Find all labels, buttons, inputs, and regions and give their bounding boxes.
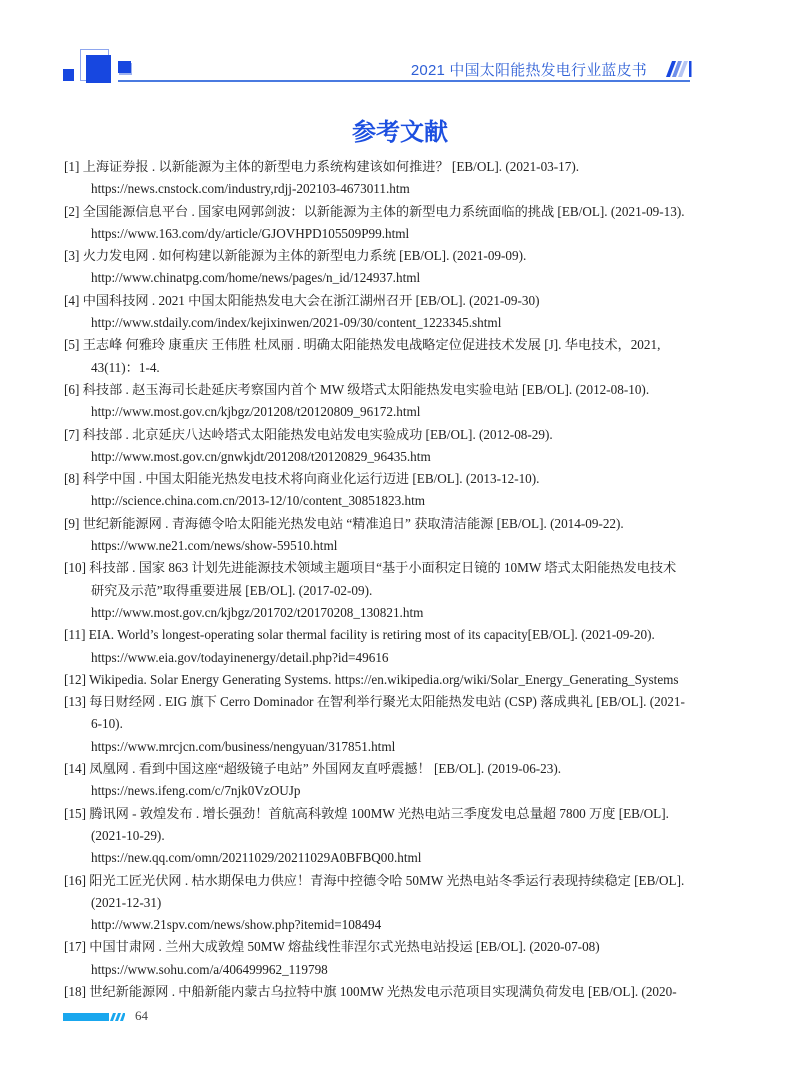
reference-item: [12] Wikipedia. Solar Energy Generating … (64, 669, 714, 691)
reference-number: [12] (64, 672, 86, 687)
reference-url: https://www.eia.gov/todayinenergy/detail… (64, 647, 714, 669)
reference-line-text: 王志峰 何雅玲 康重庆 王伟胜 杜凤丽 . 明确太阳能热发电战略定位促进技术发展… (83, 337, 661, 352)
reference-number: [8] (64, 471, 79, 486)
reference-line-text: 研究及示范”取得重要进展 [EB/OL]. (2017-02-09). (91, 583, 372, 598)
reference-line-text: 世纪新能源网 . 青海德令哈太阳能光热发电站 “精准追日” 获取清洁能源 [EB… (83, 516, 624, 531)
reference-item: [13] 每日财经网 . EIG 旗下 Cerro Dominador 在智利举… (64, 691, 714, 758)
reference-number: [10] (64, 560, 86, 575)
reference-number: [1] (64, 159, 79, 174)
reference-text: [1] 上海证券报 . 以新能源为主体的新型电力系统构建该如何推进？ [EB/O… (64, 156, 714, 178)
reference-text: [7] 科技部 . 北京延庆八达岭塔式太阳能热发电站发电实验成功 [EB/OL]… (64, 424, 714, 446)
reference-number: [17] (64, 939, 86, 954)
slashes-icon (662, 61, 692, 77)
reference-url: https://www.ne21.com/news/show-59510.htm… (64, 535, 714, 557)
reference-url: https://www.163.com/dy/article/GJOVHPD10… (64, 223, 714, 245)
reference-line-text: https://www.eia.gov/todayinenergy/detail… (91, 650, 389, 665)
reference-item: [14] 凤凰网 . 看到中国这座“超级镜子电站” 外国网友直呼震撼！ [EB/… (64, 758, 714, 803)
reference-line-text: 43(11)：1-4. (91, 360, 160, 375)
reference-line-text: http://www.chinatpg.com/home/news/pages/… (91, 270, 420, 285)
reference-item: [4] 中国科技网 . 2021 中国太阳能热发电大会在浙江湖州召开 [EB/O… (64, 290, 714, 335)
reference-line-text: 全国能源信息平台 . 国家电网郭剑波：以新能源为主体的新型电力系统面临的挑战 [… (83, 204, 685, 219)
reference-text-continued: 研究及示范”取得重要进展 [EB/OL]. (2017-02-09). (64, 580, 714, 602)
reference-url: https://new.qq.com/omn/20211029/20211029… (64, 847, 714, 869)
book-title: 2021 中国太阳能热发电行业蓝皮书 (411, 59, 647, 80)
reference-text: [2] 全国能源信息平台 . 国家电网郭剑波：以新能源为主体的新型电力系统面临的… (64, 201, 714, 223)
reference-number: [16] (64, 873, 86, 888)
reference-item: [2] 全国能源信息平台 . 国家电网郭剑波：以新能源为主体的新型电力系统面临的… (64, 201, 714, 246)
reference-text: [13] 每日财经网 . EIG 旗下 Cerro Dominador 在智利举… (64, 691, 714, 713)
header-square-small (63, 69, 74, 81)
reference-item: [10] 科技部 . 国家 863 计划先进能源技术领域主题项目“基于小面积定日… (64, 557, 714, 624)
reference-list: [1] 上海证券报 . 以新能源为主体的新型电力系统构建该如何推进？ [EB/O… (64, 156, 714, 1003)
reference-text: [16] 阳光工匠光伏网 . 枯水期保电力供应！青海中控德令哈 50MW 光热电… (64, 870, 714, 892)
reference-line-text: https://www.ne21.com/news/show-59510.htm… (91, 538, 337, 553)
reference-number: [9] (64, 516, 79, 531)
reference-text-continued: (2021-10-29). (64, 825, 714, 847)
reference-text: [9] 世纪新能源网 . 青海德令哈太阳能光热发电站 “精准追日” 获取清洁能源… (64, 513, 714, 535)
reference-text: [5] 王志峰 何雅玲 康重庆 王伟胜 杜凤丽 . 明确太阳能热发电战略定位促进… (64, 334, 714, 356)
reference-item: [1] 上海证券报 . 以新能源为主体的新型电力系统构建该如何推进？ [EB/O… (64, 156, 714, 201)
reference-number: [15] (64, 806, 86, 821)
reference-number: [3] (64, 248, 79, 263)
reference-number: [13] (64, 694, 86, 709)
reference-item: [6] 科技部 . 赵玉海司长赴延庆考察国内首个 MW 级塔式太阳能热发电实验电… (64, 379, 714, 424)
reference-item: [9] 世纪新能源网 . 青海德令哈太阳能光热发电站 “精准追日” 获取清洁能源… (64, 513, 714, 558)
reference-text: [6] 科技部 . 赵玉海司长赴延庆考察国内首个 MW 级塔式太阳能热发电实验电… (64, 379, 714, 401)
reference-number: [18] (64, 984, 86, 999)
reference-text: [12] Wikipedia. Solar Energy Generating … (64, 669, 714, 691)
reference-number: [14] (64, 761, 86, 776)
reference-url: https://news.cnstock.com/industry,rdjj-2… (64, 178, 714, 200)
reference-text: [11] EIA. World’s longest-operating sola… (64, 624, 714, 646)
reference-url: http://www.21spv.com/news/show.php?itemi… (64, 914, 714, 936)
reference-number: [4] (64, 293, 79, 308)
reference-text: [8] 科学中国 . 中国太阳能光热发电技术将向商业化运行迈进 [EB/OL].… (64, 468, 714, 490)
reference-url: https://www.mrcjcn.com/business/nengyuan… (64, 736, 714, 758)
reference-line-text: http://www.most.gov.cn/kjbgz/201208/t201… (91, 404, 420, 419)
page-number: 64 (135, 1008, 148, 1024)
reference-url: http://www.most.gov.cn/gnwkjdt/201208/t2… (64, 446, 714, 468)
reference-line-text: https://www.163.com/dy/article/GJOVHPD10… (91, 226, 409, 241)
reference-line-text: (2021-12-31) (91, 895, 161, 910)
reference-line-text: https://new.qq.com/omn/20211029/20211029… (91, 850, 421, 865)
reference-text: [17] 中国甘肃网 . 兰州大成敦煌 50MW 熔盐线性菲涅尔式光热电站投运 … (64, 936, 714, 958)
reference-line-text: 科技部 . 赵玉海司长赴延庆考察国内首个 MW 级塔式太阳能热发电实验电站 [E… (83, 382, 649, 397)
reference-text: [4] 中国科技网 . 2021 中国太阳能热发电大会在浙江湖州召开 [EB/O… (64, 290, 714, 312)
reference-url: http://www.most.gov.cn/kjbgz/201208/t201… (64, 401, 714, 423)
reference-url: https://news.ifeng.com/c/7njk0VzOUJp (64, 780, 714, 802)
reference-line-text: EIA. World’s longest-operating solar the… (89, 627, 655, 642)
header-rule (118, 80, 690, 82)
reference-line-text: https://news.ifeng.com/c/7njk0VzOUJp (91, 783, 301, 798)
reference-line-text: 中国甘肃网 . 兰州大成敦煌 50MW 熔盐线性菲涅尔式光热电站投运 [EB/O… (89, 939, 599, 954)
reference-line-text: 科学中国 . 中国太阳能光热发电技术将向商业化运行迈进 [EB/OL]. (20… (83, 471, 540, 486)
reference-line-text: http://science.china.com.cn/2013-12/10/c… (91, 493, 425, 508)
reference-url: http://www.most.gov.cn/kjbgz/201702/t201… (64, 602, 714, 624)
reference-line-text: (2021-10-29). (91, 828, 165, 843)
reference-line-text: 科技部 . 北京延庆八达岭塔式太阳能热发电站发电实验成功 [EB/OL]. (2… (83, 427, 553, 442)
reference-item: [3] 火力发电网 . 如何构建以新能源为主体的新型电力系统 [EB/OL]. … (64, 245, 714, 290)
reference-item: [5] 王志峰 何雅玲 康重庆 王伟胜 杜凤丽 . 明确太阳能热发电战略定位促进… (64, 334, 714, 379)
reference-item: [11] EIA. World’s longest-operating sola… (64, 624, 714, 669)
reference-text: [14] 凤凰网 . 看到中国这座“超级镜子电站” 外国网友直呼震撼！ [EB/… (64, 758, 714, 780)
reference-number: [11] (64, 627, 85, 642)
reference-url: https://www.sohu.com/a/406499962_119798 (64, 959, 714, 981)
reference-item: [15] 腾讯网 - 敦煌发布 . 增长强劲！首航高科敦煌 100MW 光热电站… (64, 803, 714, 870)
reference-line-text: http://www.stdaily.com/index/kejixinwen/… (91, 315, 501, 330)
reference-line-text: 世纪新能源网 . 中船新能内蒙古乌拉特中旗 100MW 光热发电示范项目实现满负… (89, 984, 676, 999)
reference-item: [7] 科技部 . 北京延庆八达岭塔式太阳能热发电站发电实验成功 [EB/OL]… (64, 424, 714, 469)
reference-text-continued: (2021-12-31) (64, 892, 714, 914)
reference-text-continued: 43(11)：1-4. (64, 357, 714, 379)
reference-url: http://www.stdaily.com/index/kejixinwen/… (64, 312, 714, 334)
reference-line-text: 中国科技网 . 2021 中国太阳能热发电大会在浙江湖州召开 [EB/OL]. … (83, 293, 540, 308)
reference-line-text: 科技部 . 国家 863 计划先进能源技术领域主题项目“基于小面积定日镜的 10… (89, 560, 676, 575)
reference-number: [2] (64, 204, 79, 219)
reference-item: [8] 科学中国 . 中国太阳能光热发电技术将向商业化运行迈进 [EB/OL].… (64, 468, 714, 513)
reference-line-text: 每日财经网 . EIG 旗下 Cerro Dominador 在智利举行聚光太阳… (89, 694, 685, 709)
reference-number: [7] (64, 427, 79, 442)
reference-text: [18] 世纪新能源网 . 中船新能内蒙古乌拉特中旗 100MW 光热发电示范项… (64, 981, 714, 1003)
reference-line-text: https://www.mrcjcn.com/business/nengyuan… (91, 739, 395, 754)
reference-url: http://science.china.com.cn/2013-12/10/c… (64, 490, 714, 512)
header-square-right (118, 61, 131, 73)
reference-line-text: 6-10). (91, 716, 123, 731)
reference-text: [3] 火力发电网 . 如何构建以新能源为主体的新型电力系统 [EB/OL]. … (64, 245, 714, 267)
page-title: 参考文献 (0, 112, 800, 147)
reference-item: [16] 阳光工匠光伏网 . 枯水期保电力供应！青海中控德令哈 50MW 光热电… (64, 870, 714, 937)
reference-url: http://www.chinatpg.com/home/news/pages/… (64, 267, 714, 289)
header-square-large (86, 55, 111, 83)
reference-line-text: https://www.sohu.com/a/406499962_119798 (91, 962, 328, 977)
reference-line-text: 凤凰网 . 看到中国这座“超级镜子电站” 外国网友直呼震撼！ [EB/OL]. … (89, 761, 561, 776)
reference-number: [6] (64, 382, 79, 397)
reference-item: [17] 中国甘肃网 . 兰州大成敦煌 50MW 熔盐线性菲涅尔式光热电站投运 … (64, 936, 714, 981)
reference-line-text: 腾讯网 - 敦煌发布 . 增长强劲！首航高科敦煌 100MW 光热电站三季度发电… (89, 806, 669, 821)
reference-line-text: https://news.cnstock.com/industry,rdjj-2… (91, 181, 410, 196)
reference-line-text: Wikipedia. Solar Energy Generating Syste… (89, 672, 679, 687)
footer-bar-icon (63, 1013, 125, 1021)
reference-line-text: 火力发电网 . 如何构建以新能源为主体的新型电力系统 [EB/OL]. (202… (83, 248, 527, 263)
reference-line-text: 阳光工匠光伏网 . 枯水期保电力供应！青海中控德令哈 50MW 光热电站冬季运行… (89, 873, 684, 888)
reference-line-text: http://www.most.gov.cn/kjbgz/201702/t201… (91, 605, 423, 620)
reference-item: [18] 世纪新能源网 . 中船新能内蒙古乌拉特中旗 100MW 光热发电示范项… (64, 981, 714, 1003)
reference-number: [5] (64, 337, 79, 352)
reference-text: [10] 科技部 . 国家 863 计划先进能源技术领域主题项目“基于小面积定日… (64, 557, 714, 579)
reference-text-continued: 6-10). (64, 713, 714, 735)
reference-line-text: 上海证券报 . 以新能源为主体的新型电力系统构建该如何推进？ [EB/OL]. … (83, 159, 579, 174)
reference-line-text: http://www.21spv.com/news/show.php?itemi… (91, 917, 381, 932)
reference-line-text: http://www.most.gov.cn/gnwkjdt/201208/t2… (91, 449, 431, 464)
reference-text: [15] 腾讯网 - 敦煌发布 . 增长强劲！首航高科敦煌 100MW 光热电站… (64, 803, 714, 825)
